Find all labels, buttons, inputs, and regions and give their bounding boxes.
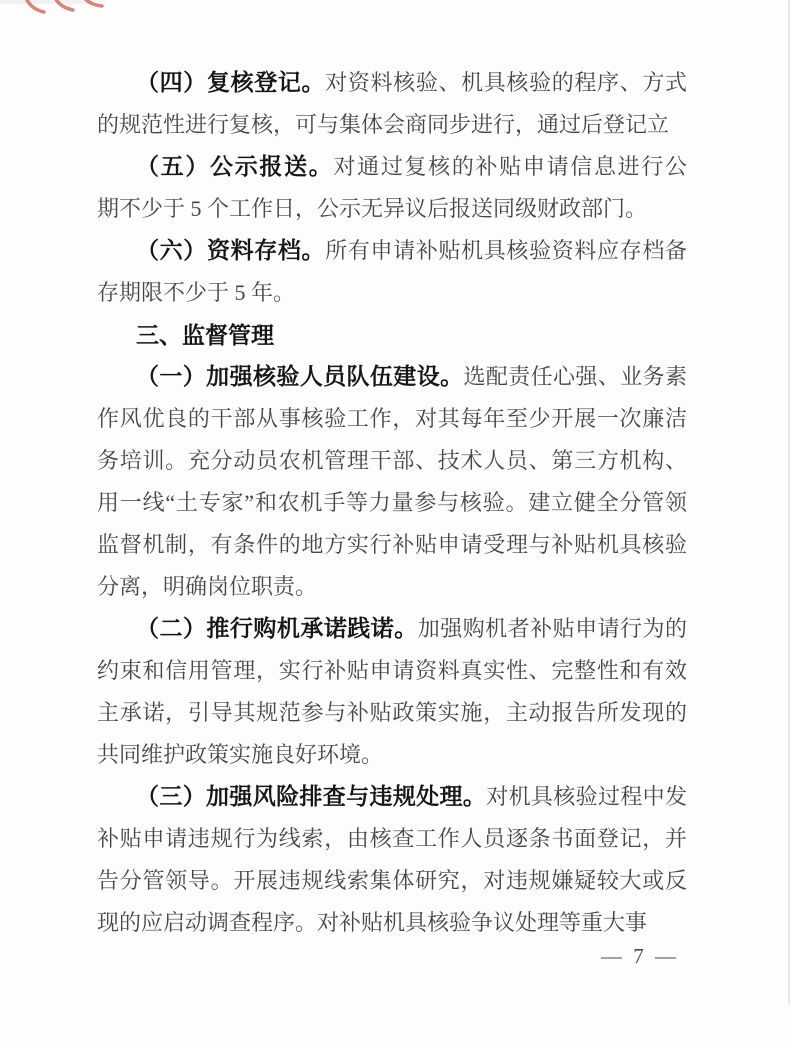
paragraph-lead: （六）资料存档。 [136,238,325,263]
text-line: （五）公示报送。对通过复核的补贴申请信息进行公示，公示 [97,146,687,188]
text-line: 约束和信用管理，实行补贴申请资料真实性、完整性和有效性的自 [97,650,687,692]
text-line: 共同维护政策实施良好环境。 [97,734,687,776]
text-line: 的规范性进行复核，可与集体会商同步进行，通过后登记立册。 [97,104,687,146]
paragraph-publicity-submission: （五）公示报送。对通过复核的补贴申请信息进行公示，公示 期不少于 5 个工作日，… [97,146,687,230]
paragraph-lead: （五）公示报送。 [136,154,333,179]
document-body: （四）复核登记。对资料核验、机具核验的程序、方式和签章 的规范性进行复核，可与集… [97,62,687,944]
paragraph-purchase-commitment: （二）推行购机承诺践诺。加强购机者补贴申请行为的自我 约束和信用管理，实行补贴申… [97,608,687,776]
section-heading: 三、监督管理 [97,314,687,356]
red-ink-mark-icon [20,0,110,16]
text-line: （四）复核登记。对资料核验、机具核验的程序、方式和签章 [97,62,687,104]
text-line: 务培训。充分动员农机管理干部、技术人员、第三方机构、农机使 [97,440,687,482]
text-line: 作风优良的干部从事核验工作，对其每年至少开展一次廉洁与业 [97,398,687,440]
text-line: 补贴申请违规行为线索，由核查工作人员逐条书面登记，并及时报 [97,818,687,860]
text-line: 监督机制，有条件的地方实行补贴申请受理与补贴机具核验岗位 [97,524,687,566]
paragraph-lead: （二）推行购机承诺践诺。 [136,616,418,641]
text-line: 用一线“土专家”和农机手等力量参与核验。建立健全分管领导 [97,482,687,524]
text-line: （一）加强核验人员队伍建设。选配责任心强、业务素质高、 [97,356,687,398]
text-line: 期不少于 5 个工作日，公示无异议后报送同级财政部门。 [97,188,687,230]
text-line: 存期限不少于 5 年。 [97,272,687,314]
text-line: 告分管领导。开展违规线索集体研究，对违规嫌疑较大或反复出 [97,860,687,902]
paragraph-lead: （一）加强核验人员队伍建设。 [136,364,463,389]
text-line: 现的应启动调查程序。对补贴机具核验争议处理等重大事项，应 [97,902,687,944]
text-line: （三）加强风险排查与违规处理。对机具核验过程中发现的 [97,776,687,818]
text-line: 主承诺，引导其规范参与补贴政策实施，主动报告所发现的问题， [97,692,687,734]
scanned-document-page: （四）复核登记。对资料核验、机具核验的程序、方式和签章 的规范性进行复核，可与集… [0,0,792,1048]
scan-edge-line [788,0,790,1005]
paragraph-lead: （三）加强风险排查与违规处理。 [136,784,486,809]
text-line: 分离，明确岗位职责。 [97,566,687,608]
paragraph-review-registration: （四）复核登记。对资料核验、机具核验的程序、方式和签章 的规范性进行复核，可与集… [97,62,687,146]
text-line: （二）推行购机承诺践诺。加强购机者补贴申请行为的自我 [97,608,687,650]
page-number: — 7 — [575,944,705,969]
text-line: （六）资料存档。所有申请补贴机具核验资料应存档备查，保 [97,230,687,272]
paragraph-lead: （四）复核登记。 [136,70,325,95]
paragraph-archive: （六）资料存档。所有申请补贴机具核验资料应存档备查，保 存期限不少于 5 年。 [97,230,687,314]
paragraph-risk-investigation: （三）加强风险排查与违规处理。对机具核验过程中发现的 补贴申请违规行为线索，由核… [97,776,687,944]
paragraph-team-building: （一）加强核验人员队伍建设。选配责任心强、业务素质高、 作风优良的干部从事核验工… [97,356,687,608]
